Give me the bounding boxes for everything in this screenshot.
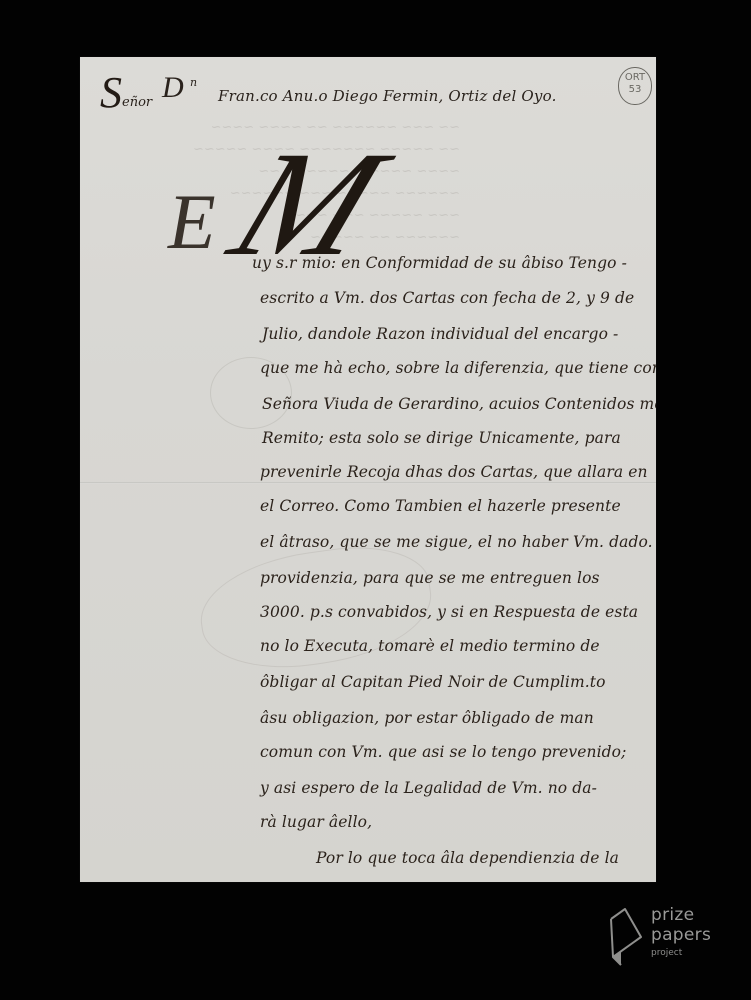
folded-paper-icon	[605, 907, 645, 969]
body-line: escrito a Vm. dos Cartas con fecha de 2,…	[260, 289, 634, 307]
body-line: ôbligar al Capitan Pied Noir de Cumplim.…	[260, 673, 606, 691]
body-line: âsu obligazion, por estar ôbligado de ma…	[260, 709, 594, 727]
body-line: prevenirle Recoja dhas dos Cartas, que a…	[260, 463, 648, 481]
logo-word-project: project	[651, 947, 711, 959]
body-line: el âtraso, que se me sigue, el no haber …	[260, 533, 653, 551]
body-line: el Correo. Como Tambien el hazerle prese…	[260, 497, 621, 515]
body-line: que me hà echo, sobre la diferenzia, que…	[260, 359, 656, 377]
body-line: 3000. p.s convabidos, y si en Respuesta …	[260, 603, 638, 621]
body-line: rà lugar âello,	[260, 813, 372, 831]
body-line: uy s.r mio: en Conformidad de su âbiso T…	[252, 254, 627, 272]
body-line: Por lo que toca âla dependienzia de la	[316, 849, 619, 867]
body-line: no lo Executa, tomarè el medio termino d…	[260, 637, 600, 655]
body-line: y asi espero de la Legalidad de Vm. no d…	[260, 779, 597, 797]
logo-word-papers: papers	[651, 925, 711, 945]
logo-wordmark: prize papers project	[651, 905, 711, 959]
prize-papers-logo: prize papers project	[605, 905, 735, 980]
logo-word-prize: prize	[651, 905, 711, 925]
body-line: Señora Viuda de Gerardino, acuios Conten…	[262, 395, 656, 413]
manuscript-page: ~~ ~~~ ~~~~~~ ~~ ~~~~ ~~~~ ~~ ~~~~~ ~~~~…	[80, 57, 656, 882]
body-line: Julio, dandole Razon individual del enca…	[262, 325, 618, 343]
letter-body: uy s.r mio: en Conformidad de su âbiso T…	[80, 57, 656, 882]
body-line: comun con Vm. que asi se lo tengo preven…	[260, 743, 626, 761]
body-line: Remito; esta solo se dirige Unicamente, …	[262, 429, 621, 447]
image-viewer: ~~ ~~~ ~~~~~~ ~~ ~~~~ ~~~~ ~~ ~~~~~ ~~~~…	[0, 0, 751, 1000]
body-line: providenzia, para que se me entreguen lo…	[260, 569, 600, 587]
